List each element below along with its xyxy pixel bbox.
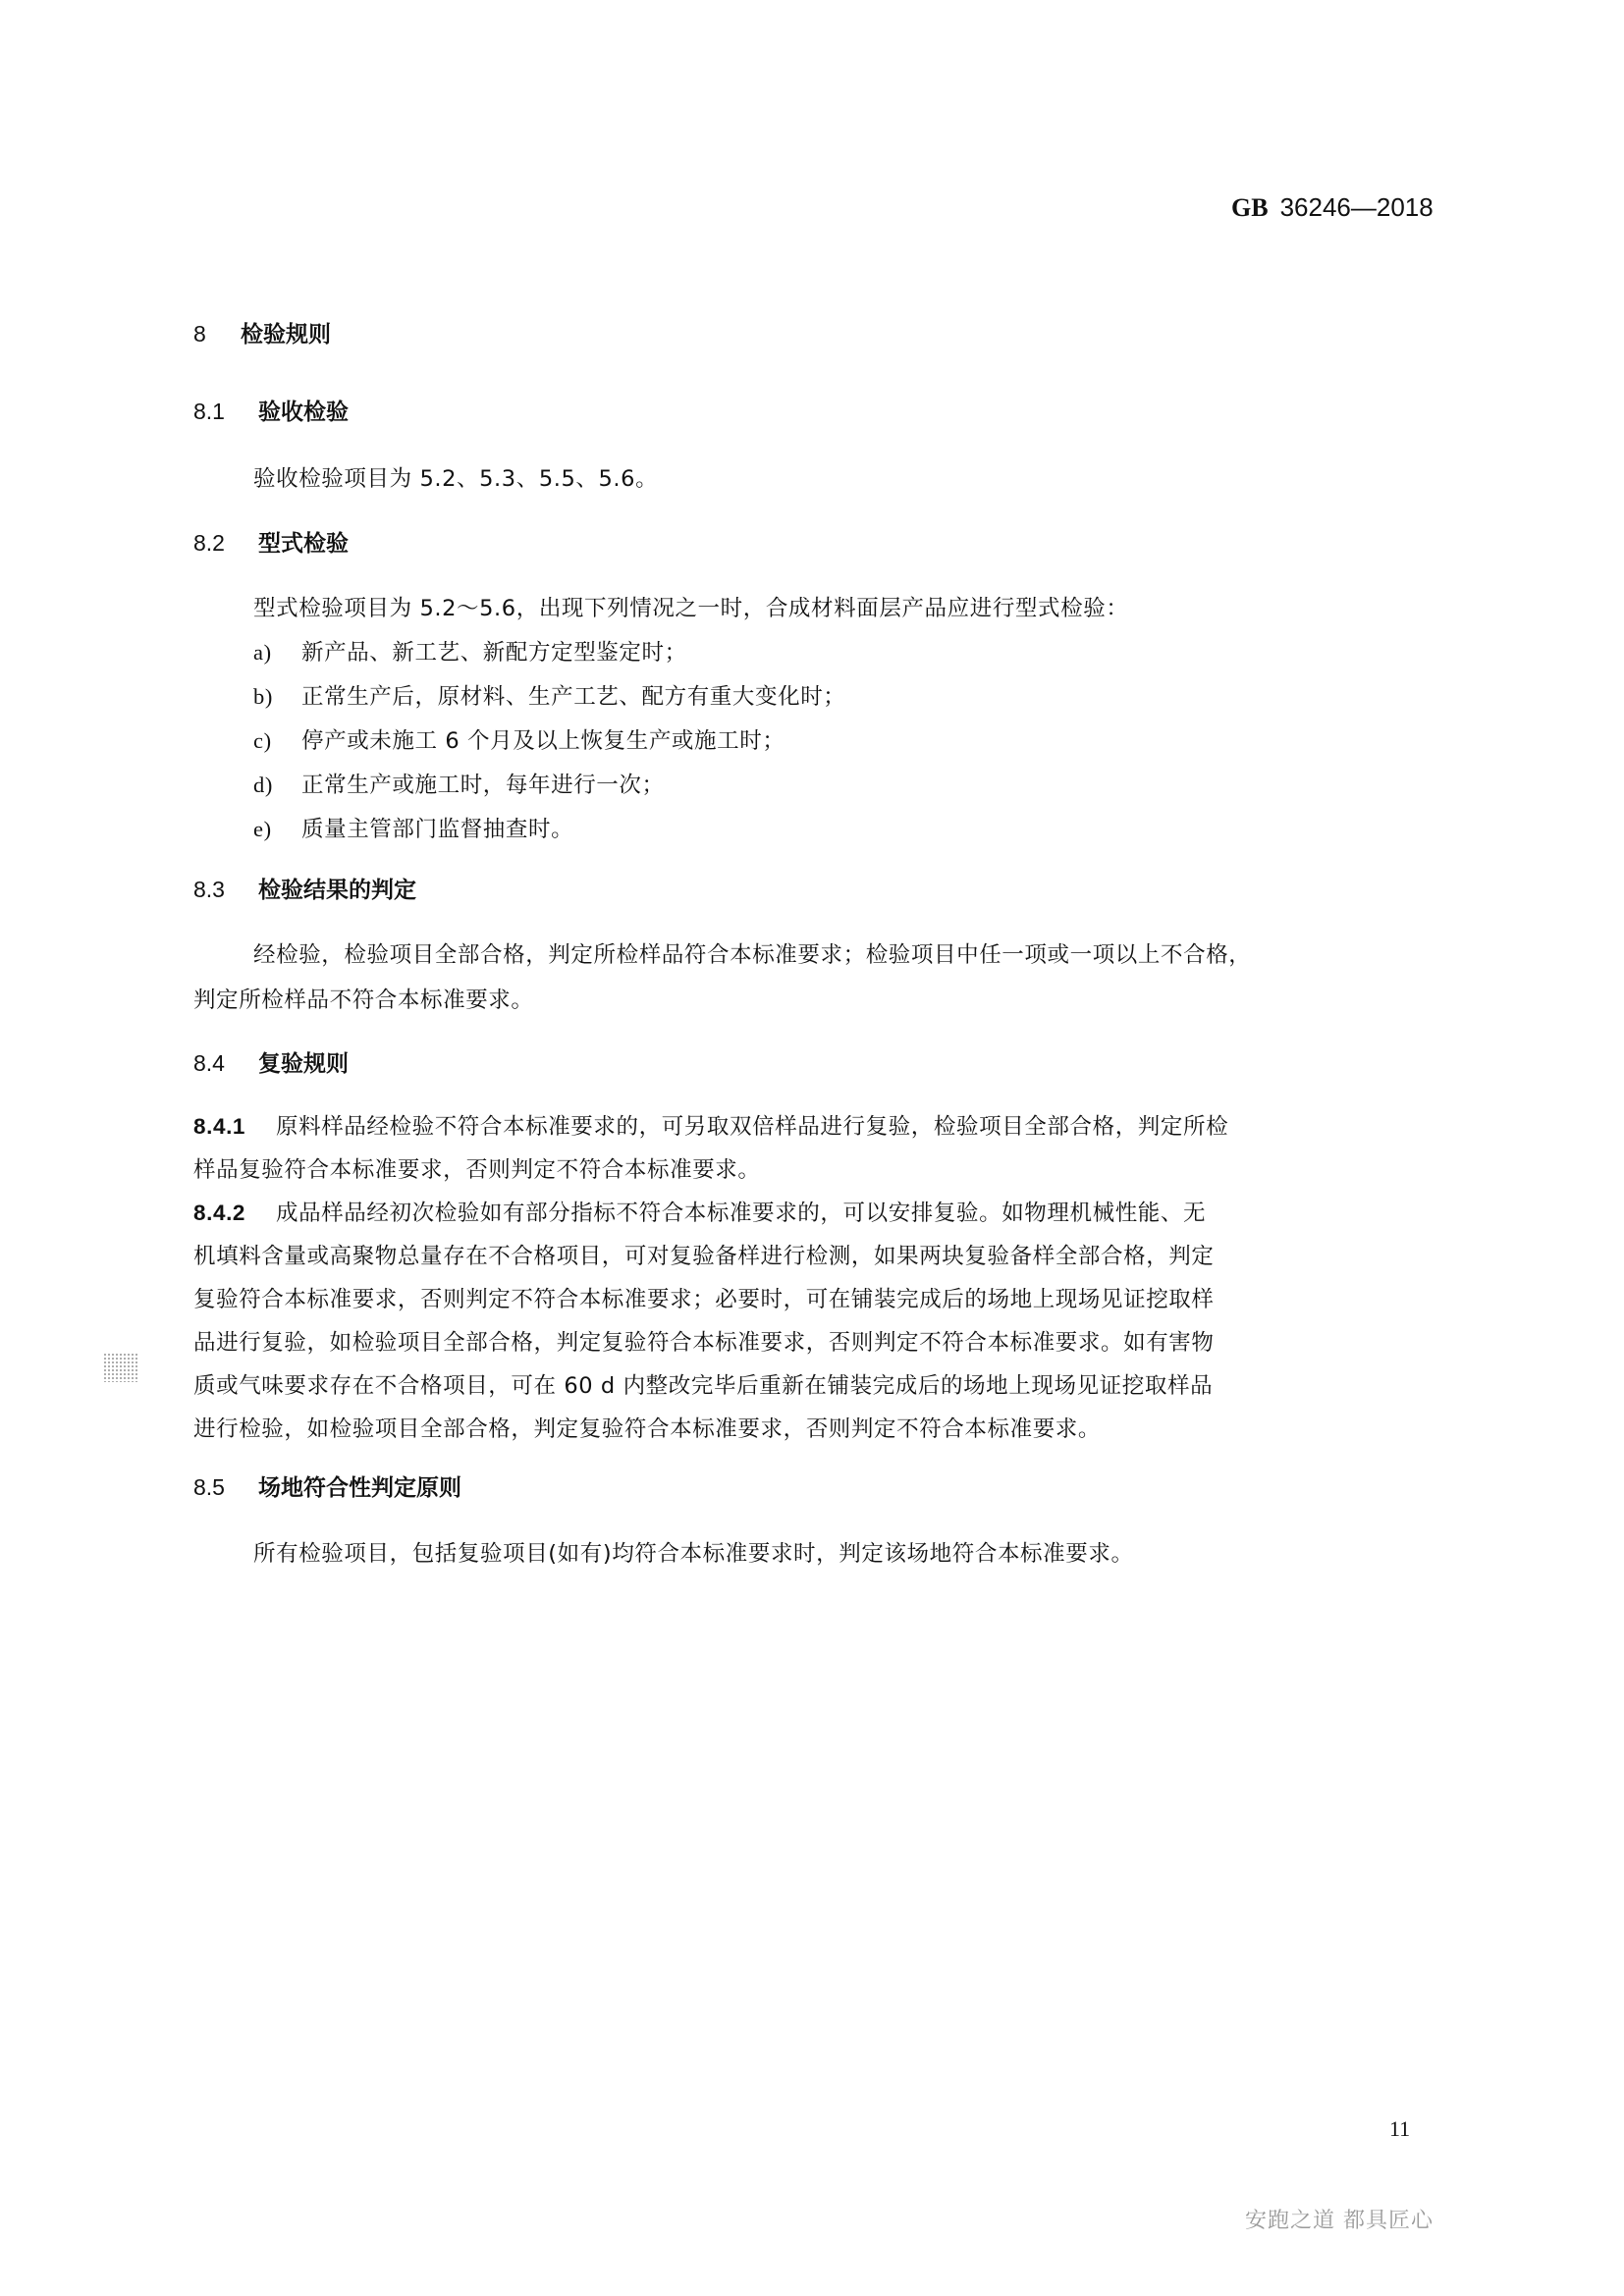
list-text: 停产或未施工 6 个月及以上恢复生产或施工时； [301, 728, 785, 754]
section-title: 检验规则 [241, 322, 331, 347]
clause-text: 成品样品经初次检验如有部分指标不符合本标准要求的，可以安排复验。如物理机械性能、… [276, 1201, 1206, 1226]
list-marker: a) [253, 640, 301, 666]
heading-title: 检验结果的判定 [258, 878, 416, 903]
section-heading: 8检验规则 [193, 316, 331, 348]
list-marker: e) [253, 817, 301, 842]
heading-number: 8.3 [193, 877, 258, 903]
list-marker: b) [253, 684, 301, 710]
heading-title: 验收检验 [258, 400, 349, 425]
clause-number: 8.4.1 [193, 1114, 276, 1140]
list-text: 正常生产后，原材料、生产工艺、配方有重大变化时； [301, 684, 845, 710]
list-item: c)停产或未施工 6 个月及以上恢复生产或施工时； [253, 723, 785, 755]
clause-8-4-1: 8.4.1原料样品经检验不符合本标准要求的，可另取双倍样品进行复验，检验项目全部… [193, 1109, 1228, 1141]
heading-number: 8.5 [193, 1474, 258, 1501]
clause-8-4-2-line5: 质或气味要求存在不合格项目，可在 60 d 内整改完毕后重新在铺装完成后的场地上… [193, 1368, 1213, 1400]
paragraph-8-2: 型式检验项目为 5.2～5.6，出现下列情况之一时，合成材料面层产品应进行型式检… [253, 591, 1128, 622]
list-text: 质量主管部门监督抽查时。 [301, 817, 573, 842]
heading-title: 复验规则 [258, 1051, 349, 1077]
standard-code: 36246—2018 [1280, 192, 1434, 222]
paragraph-8-3-line1: 经检验，检验项目全部合格，判定所检样品符合本标准要求；检验项目中任一项或一项以上… [253, 937, 1251, 969]
clause-8-4-2-line4: 品进行复验，如检验项目全部合格，判定复验符合本标准要求，否则判定不符合本标准要求… [193, 1325, 1215, 1357]
paragraph-8-1: 验收检验项目为 5.2、5.3、5.5、5.6。 [253, 461, 658, 493]
paragraph-8-5: 所有检验项目，包括复验项目(如有)均符合本标准要求时，判定该场地符合本标准要求。 [253, 1536, 1134, 1568]
page-number: 11 [1389, 2116, 1410, 2142]
heading-8-3: 8.3检验结果的判定 [193, 872, 416, 904]
list-text: 正常生产或施工时，每年进行一次； [301, 773, 665, 798]
clause-8-4-2-line2: 机填料含量或高聚物总量存在不合格项目，可对复验备样进行检测，如果两块复验备样全部… [193, 1239, 1215, 1270]
standard-prefix: GB [1231, 193, 1269, 222]
clause-8-4-2-line6: 进行检验，如检验项目全部合格，判定复验符合本标准要求，否则判定不符合本标准要求。 [193, 1412, 1101, 1443]
list-marker: d) [253, 773, 301, 798]
list-text: 新产品、新工艺、新配方定型鉴定时； [301, 640, 687, 666]
list-item: b)正常生产后，原材料、生产工艺、配方有重大变化时； [253, 679, 845, 711]
heading-number: 8.4 [193, 1050, 258, 1077]
heading-8-5: 8.5场地符合性判定原则 [193, 1469, 461, 1502]
clause-8-4-2-line3: 复验符合本标准要求，否则判定不符合本标准要求；必要时，可在铺装完成后的场地上现场… [193, 1282, 1215, 1313]
list-item: d)正常生产或施工时，每年进行一次； [253, 768, 665, 799]
list-item: a)新产品、新工艺、新配方定型鉴定时； [253, 635, 687, 667]
clause-8-4-1-line2: 样品复验符合本标准要求，否则判定不符合本标准要求。 [193, 1152, 761, 1184]
standard-number: GB36246—2018 [1231, 192, 1434, 223]
heading-title: 型式检验 [258, 531, 349, 557]
list-item: e)质量主管部门监督抽查时。 [253, 812, 573, 843]
heading-title: 场地符合性判定原则 [258, 1475, 461, 1501]
heading-number: 8.1 [193, 399, 258, 425]
watermark-stamp-icon [103, 1353, 138, 1382]
heading-number: 8.2 [193, 530, 258, 557]
clause-8-4-2: 8.4.2成品样品经初次检验如有部分指标不符合本标准要求的，可以安排复验。如物理… [193, 1196, 1206, 1227]
footer-slogan: 安跑之道 都具匠心 [1245, 2204, 1434, 2234]
section-number: 8 [193, 321, 241, 347]
list-marker: c) [253, 728, 301, 754]
clause-text: 原料样品经检验不符合本标准要求的，可另取双倍样品进行复验，检验项目全部合格，判定… [276, 1114, 1228, 1140]
clause-number: 8.4.2 [193, 1201, 276, 1226]
heading-8-2: 8.2型式检验 [193, 525, 349, 558]
heading-8-1: 8.1验收检验 [193, 394, 349, 426]
paragraph-8-3-line2: 判定所检样品不符合本标准要求。 [193, 983, 534, 1014]
heading-8-4: 8.4复验规则 [193, 1045, 349, 1078]
